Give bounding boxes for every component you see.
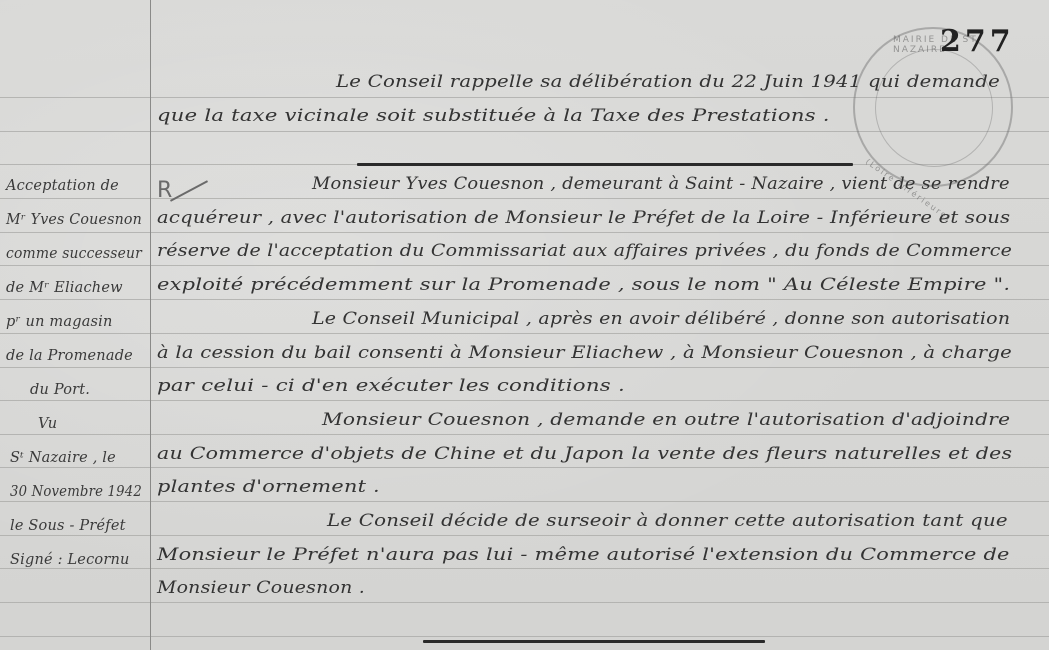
body-line: Monsieur Couesnon , demande en outre l'a… [322,410,1010,430]
body-line: Monsieur le Préfet n'aura pas lui - même… [157,545,1010,565]
margin-note-line: Mʳ Yves Couesnon [6,212,142,228]
body-line: Le Conseil rappelle sa délibération du 2… [336,72,1000,92]
margin-note-line: pʳ un magasin [6,314,113,330]
margin-note-line: du Port. [30,382,90,398]
ruled-line [0,434,1049,435]
margin-note-line: Sᵗ Nazaire , le [10,450,116,466]
ruled-line [0,232,1049,233]
body-line: Le Conseil décide de surseoir à donner c… [327,511,1008,531]
margin-note-line: de la Promenade [6,348,133,364]
margin-note-line: le Sous - Préfet [10,518,126,534]
body-line: Monsieur Yves Couesnon , demeurant à Sai… [312,174,1010,194]
body-line: par celui - ci d'en exécuter les conditi… [157,376,625,396]
ruled-line [0,299,1049,300]
ruled-line [0,467,1049,468]
ruled-line [0,535,1049,536]
ruled-line [0,265,1049,266]
section-separator [423,640,765,643]
margin-rule [150,0,151,650]
body-line: Le Conseil Municipal , après en avoir dé… [312,309,1010,329]
body-line: exploité précédemment sur la Promenade ,… [157,275,1010,295]
body-line: plantes d'ornement . [157,477,380,497]
body-line: acquéreur , avec l'autorisation de Monsi… [157,208,1010,228]
body-line: à la cession du bail consenti à Monsieur… [157,343,1012,363]
body-line: Monsieur Couesnon . [157,578,365,598]
ruled-line [0,602,1049,603]
margin-note-line: Signé : Lecornu [10,552,130,568]
margin-note-line: de Mʳ Eliachew [6,280,123,296]
margin-note-line: Acceptation de [6,178,119,194]
ruled-line [0,568,1049,569]
margin-note-line: comme successeur [6,246,142,262]
stamp-inner-ring [875,49,993,167]
body-line: réserve de l'acceptation du Commissariat… [157,241,1012,261]
ruled-line [0,400,1049,401]
ruled-line [0,367,1049,368]
margin-note-line: Vu [38,416,57,432]
page-number: 277 [940,24,1015,59]
body-line: au Commerce d'objets de Chine et du Japo… [157,444,1012,464]
register-page: MAIRIE DE ST-NAZAIRE (Loire-Inférieure) … [0,0,1049,650]
section-separator [357,163,853,166]
margin-note-line: 30 Novembre 1942 [10,484,142,500]
body-line: que la taxe vicinale soit substituée à l… [157,106,830,126]
ruled-line [0,636,1049,637]
ruled-line [0,333,1049,334]
ruled-line [0,501,1049,502]
